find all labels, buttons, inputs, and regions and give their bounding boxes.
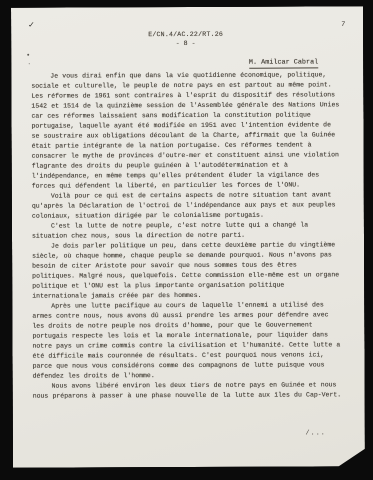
speaker-line: M. Amilcar Cabral <box>31 58 318 68</box>
scanned-document-photo: E/CN.4/AC.22/RT.26 - 8 - M. Amilcar Cabr… <box>0 0 373 480</box>
document-page: E/CN.4/AC.22/RT.26 - 8 - M. Amilcar Cabr… <box>11 6 365 468</box>
document-paragraph: C'est la lutte de notre peuple, c'est no… <box>32 220 341 241</box>
continuation-mark: /... <box>33 429 342 438</box>
paper-speck-marks <box>27 54 29 56</box>
document-paragraph: Voilà pour ce qui est de certains aspect… <box>32 190 341 221</box>
handwritten-stroke-mark: 7 <box>341 21 346 29</box>
document-paragraph: Nous avons libéré environ les deux tiers… <box>33 380 342 401</box>
speaker-name: M. Amilcar Cabral <box>249 58 318 68</box>
document-paragraph: Je vous dirai enfin que dans la vie quot… <box>31 70 341 191</box>
document-body: Je vous dirai enfin que dans la vie quot… <box>31 70 341 401</box>
document-paragraph: Je dois parler politique un peu, dans ce… <box>32 240 341 301</box>
document-header: E/CN.4/AC.22/RT.26 - 8 - <box>31 29 340 48</box>
page-number: - 8 - <box>31 38 340 48</box>
document-paragraph: Après une lutte pacifique au cours de la… <box>32 300 341 381</box>
handwritten-check-mark: ✓ <box>28 20 36 31</box>
